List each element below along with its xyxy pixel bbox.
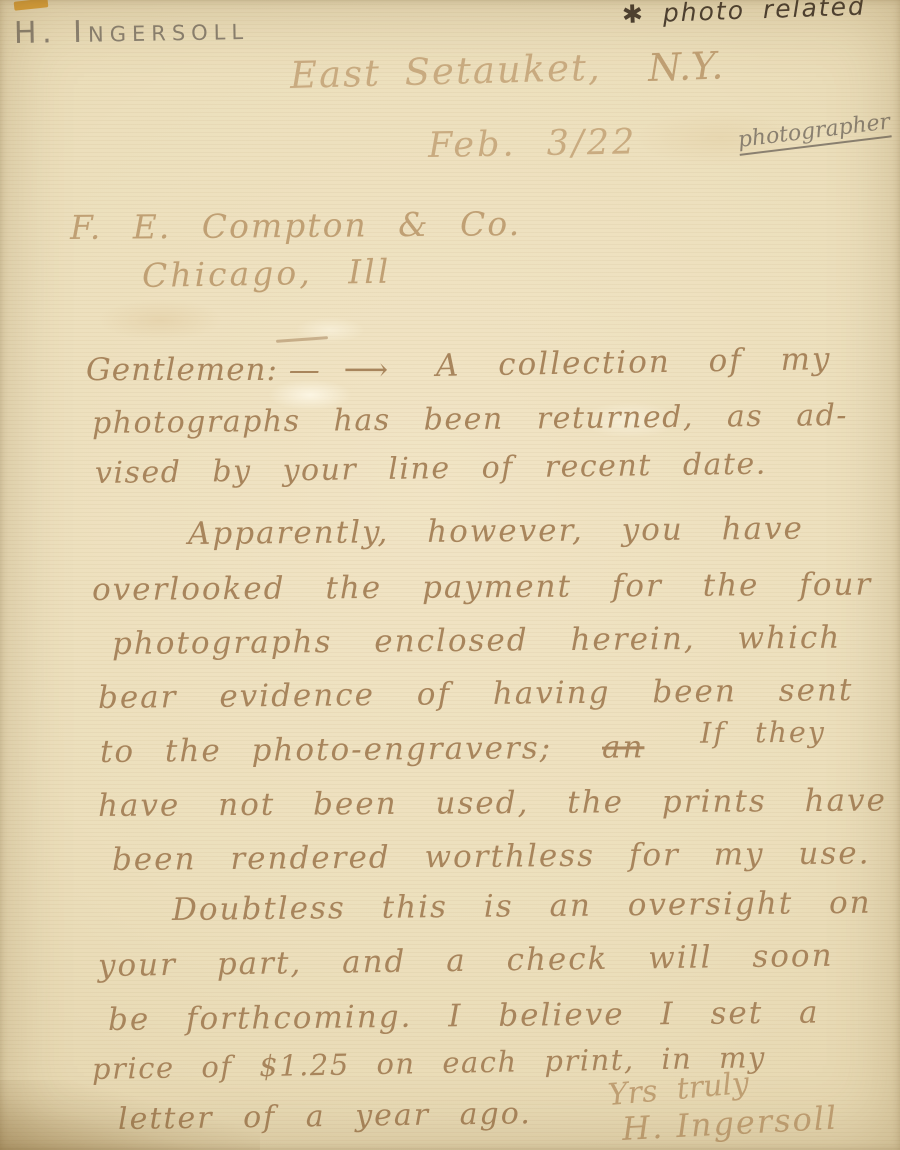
- body-line: vised by your line of recent date.: [95, 447, 767, 491]
- body-line: your part, and a check will soon: [98, 938, 834, 984]
- body-line: letter of a year ago.: [118, 1096, 532, 1137]
- struck-word: an: [602, 729, 645, 765]
- stray-ink-dash: [276, 336, 328, 343]
- pencil-owner-annotation: H. Ingersoll: [14, 12, 250, 51]
- photographer-text: photographer: [736, 109, 891, 155]
- heading-state: N.Y.: [647, 43, 724, 90]
- body-line-segment: to the photo-engravers;: [100, 730, 552, 770]
- body-line: have not been used, the prints have: [98, 782, 887, 824]
- dash-arrow: ⟶: [344, 352, 389, 388]
- asterisk-icon: ✱: [621, 0, 645, 29]
- pencil-photographer-annotation: photographer: [736, 109, 891, 152]
- inserted-words: If they: [700, 716, 826, 750]
- body-line: Doubtless this is an oversight on: [172, 885, 872, 928]
- body-line: photographs enclosed herein, which: [112, 620, 842, 662]
- body-line: overlooked the payment for the four: [92, 567, 872, 608]
- photo-related-annotation: ✱ photo related: [621, 0, 866, 29]
- salutation-text: Gentlemen: —: [86, 352, 321, 388]
- body-line: bear evidence of having been sent: [98, 672, 854, 716]
- body-line-with-strikethrough: to the photo-engravers; an If they: [100, 728, 826, 770]
- heading-date: Feb. 3/22: [428, 122, 638, 166]
- body-line: photographs has been returned, as ad-: [92, 398, 848, 441]
- body-line: A collection of my: [436, 341, 832, 384]
- paper-edge-mark: [14, 0, 49, 11]
- heading-place: East Setauket,: [289, 46, 602, 97]
- body-line: Apparently, however, you have: [188, 511, 804, 552]
- recipient-line-2: Chicago, Ill: [142, 252, 392, 295]
- body-line: been rendered worthless for my use.: [112, 835, 871, 878]
- letter-page: H. Ingersoll ✱ photo related East Setauk…: [0, 0, 900, 1150]
- body-line: be forthcoming. I believe I set a: [108, 995, 820, 1038]
- recipient-line-1: F. E. Compton & Co.: [70, 204, 521, 247]
- photo-related-text: photo related: [662, 0, 866, 28]
- salutation: Gentlemen: — ⟶: [86, 352, 389, 388]
